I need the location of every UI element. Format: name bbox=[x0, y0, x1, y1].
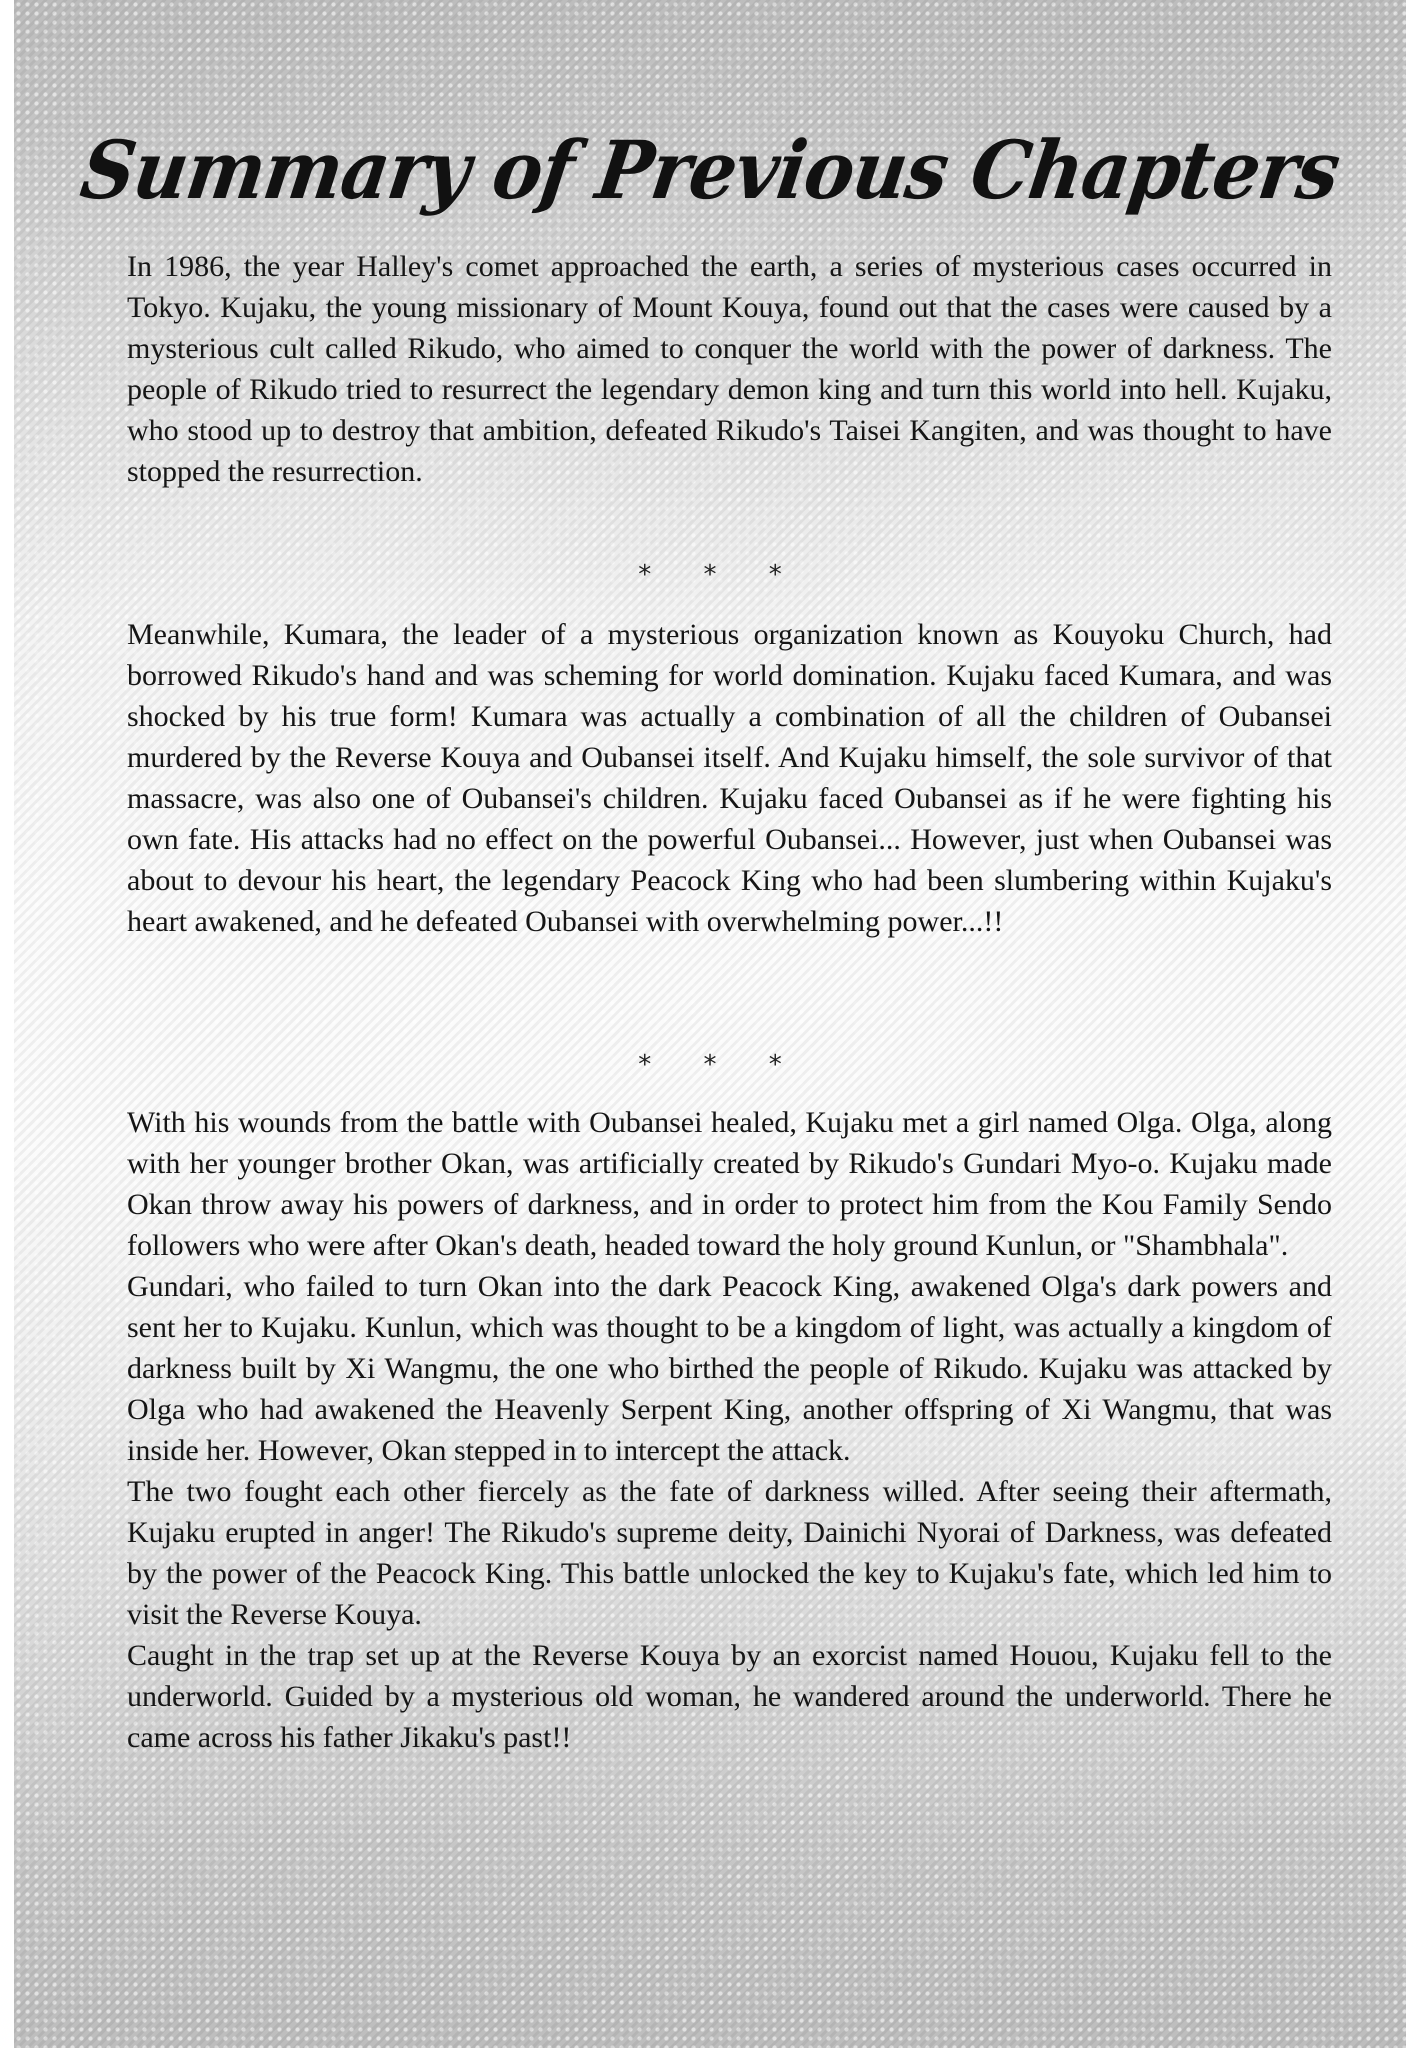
paragraph: Caught in the trap set up at the Reverse… bbox=[127, 1635, 1332, 1758]
page-title: Summary of Previous Chapters bbox=[14, 125, 1406, 218]
summary-section-3: With his wounds from the battle with Oub… bbox=[127, 1102, 1332, 1758]
paragraph: In 1986, the year Halley's comet approac… bbox=[127, 246, 1332, 492]
summary-section-2: Meanwhile, Kumara, the leader of a myste… bbox=[127, 614, 1332, 942]
paragraph: With his wounds from the battle with Oub… bbox=[127, 1102, 1332, 1266]
paragraph: Gundari, who failed to turn Okan into th… bbox=[127, 1266, 1332, 1471]
summary-section-1: In 1986, the year Halley's comet approac… bbox=[127, 246, 1332, 492]
paragraph: Meanwhile, Kumara, the leader of a myste… bbox=[127, 614, 1332, 942]
section-separator: * * * bbox=[14, 1050, 1406, 1080]
manga-page: Summary of Previous Chapters In 1986, th… bbox=[14, 0, 1406, 2048]
section-separator: * * * bbox=[14, 560, 1406, 590]
paragraph: The two fought each other fiercely as th… bbox=[127, 1471, 1332, 1635]
